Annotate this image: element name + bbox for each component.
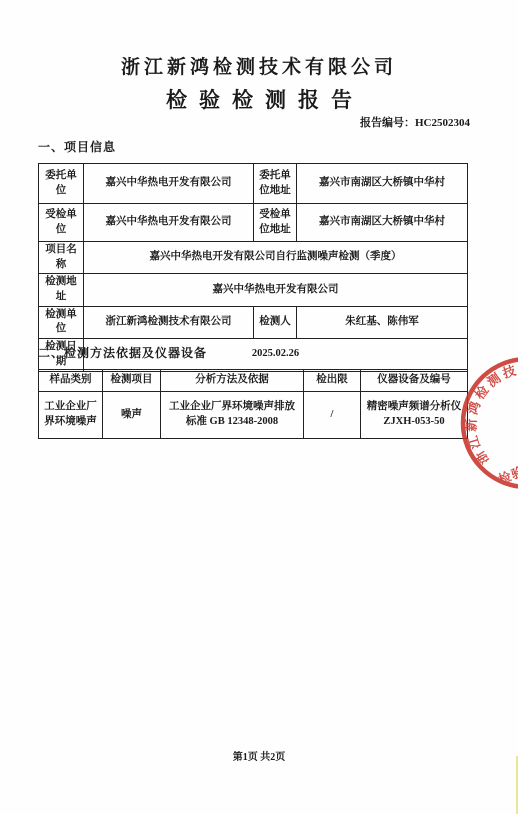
detection-limit-value: /	[304, 392, 361, 439]
table-header-row: 样品类别 检测项目 分析方法及依据 检出限 仪器设备及编号	[39, 370, 468, 392]
table-row: 检测单位 浙江新鸿检测技术有限公司 检测人 朱红基、陈伟军	[39, 306, 468, 338]
client-value: 嘉兴中华热电开发有限公司	[84, 164, 254, 204]
project-name-label: 项目名称	[39, 242, 84, 274]
header-sample-type: 样品类别	[39, 370, 103, 392]
test-org-value: 浙江新鸿检测技术有限公司	[84, 306, 254, 338]
table-row: 检测地址 嘉兴中华热电开发有限公司	[39, 274, 468, 306]
methods-table: 样品类别 检测项目 分析方法及依据 检出限 仪器设备及编号 工业企业厂界环境噪声…	[38, 369, 468, 439]
section2-heading: 二、检测方法依据及仪器设备	[38, 344, 207, 361]
header-instrument: 仪器设备及编号	[361, 370, 468, 392]
client-address-label: 委托单位地址	[254, 164, 297, 204]
inspected-address-label: 受检单位地址	[254, 204, 297, 242]
sample-type-value: 工业企业厂界环境噪声	[39, 392, 103, 439]
table-row: 项目名称 嘉兴中华热电开发有限公司自行监测噪声检测（季度）	[39, 242, 468, 274]
report-title: 检验检测报告	[0, 84, 518, 114]
project-name-value: 嘉兴中华热电开发有限公司自行监测噪声检测（季度）	[84, 242, 468, 274]
table-row: 受检单位 嘉兴中华热电开发有限公司 受检单位地址 嘉兴市南湖区大桥镇中华村	[39, 204, 468, 242]
report-page: 浙江新鸿检测技术有限公司 检验检测报告 报告编号：HC2502304 一、项目信…	[0, 0, 518, 814]
header-detection-limit: 检出限	[304, 370, 361, 392]
table-row: 工业企业厂界环境噪声 噪声 工业企业厂界环境噪声排放标准 GB 12348-20…	[39, 392, 468, 439]
test-address-label: 检测地址	[39, 274, 84, 306]
client-label: 委托单位	[39, 164, 84, 204]
project-info-table: 委托单位 嘉兴中华热电开发有限公司 委托单位地址 嘉兴市南湖区大桥镇中华村 受检…	[38, 163, 468, 372]
test-item-value: 噪声	[103, 392, 161, 439]
stamp-bottom-text: 检验检测专用章	[496, 438, 518, 487]
inspected-label: 受检单位	[39, 204, 84, 242]
inspected-address-value: 嘉兴市南湖区大桥镇中华村	[297, 204, 468, 242]
testers-label: 检测人	[254, 306, 297, 338]
header-test-item: 检测项目	[103, 370, 161, 392]
header-method: 分析方法及依据	[161, 370, 304, 392]
report-number-value: HC2502304	[415, 117, 470, 129]
testers-value: 朱红基、陈伟军	[297, 306, 468, 338]
test-org-label: 检测单位	[39, 306, 84, 338]
page-footer: 第1页 共2页	[0, 748, 518, 763]
client-address-value: 嘉兴市南湖区大桥镇中华村	[297, 164, 468, 204]
test-address-value: 嘉兴中华热电开发有限公司	[84, 274, 468, 306]
inspected-value: 嘉兴中华热电开发有限公司	[84, 204, 254, 242]
instrument-value: 精密噪声频谱分析仪 ZJXH-053-50	[361, 392, 468, 439]
company-title: 浙江新鸿检测技术有限公司	[0, 52, 518, 79]
table-row: 委托单位 嘉兴中华热电开发有限公司 委托单位地址 嘉兴市南湖区大桥镇中华村	[39, 164, 468, 204]
report-number: 报告编号：HC2502304	[360, 114, 470, 130]
report-number-label: 报告编号：	[360, 117, 415, 129]
section1-heading: 一、项目信息	[38, 138, 116, 155]
method-value: 工业企业厂界环境噪声排放标准 GB 12348-2008	[161, 392, 304, 439]
